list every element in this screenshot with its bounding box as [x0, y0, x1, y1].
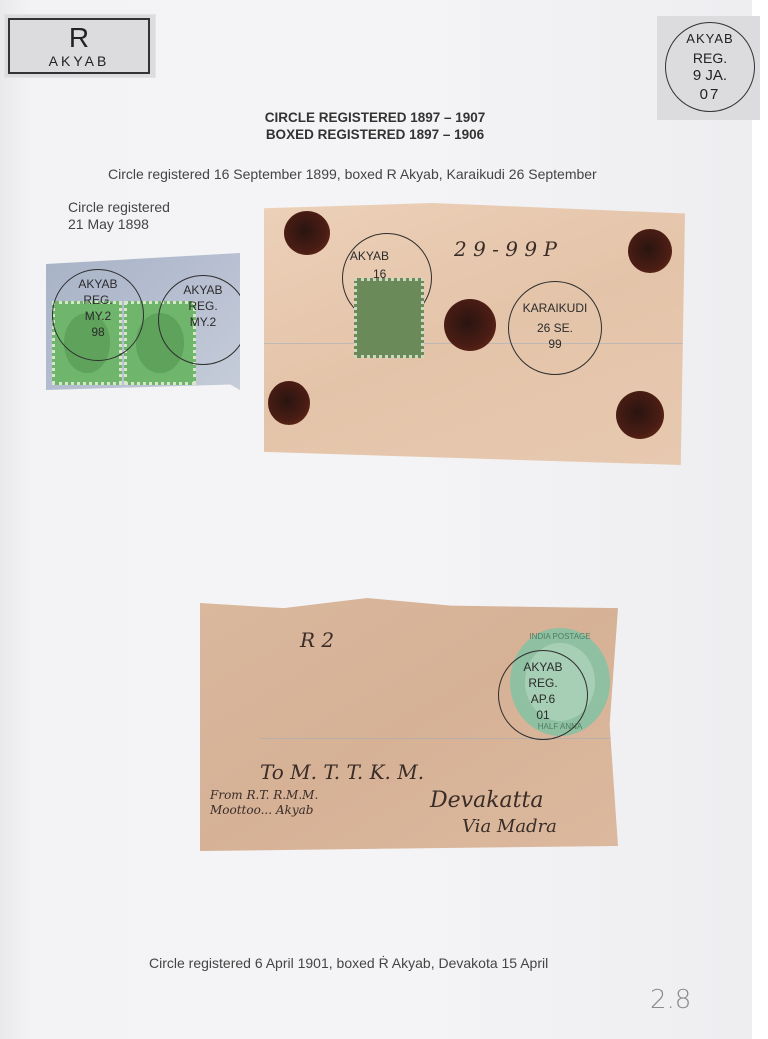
handstamp-letter: R	[10, 24, 148, 52]
title-line1: CIRCLE REGISTERED 1897 – 1907	[200, 109, 550, 126]
postmark-line2: MY.2	[53, 310, 143, 323]
postmark-line2: MY.2	[159, 316, 247, 329]
stamp-pair-piece: AKYAB REG. MY.2 98 AKYAB REG. MY.2	[46, 253, 240, 390]
wax-seal	[444, 299, 496, 351]
cover2-caption: Circle registered 6 April 1901, boxed Ṙ …	[149, 955, 548, 972]
circle-postmark: AKYAB REG. MY.2 98	[52, 269, 144, 361]
page-edge	[752, 0, 768, 1039]
address-via: Via Madra	[462, 816, 557, 837]
address-to: To M. T. T. K. M.	[260, 760, 424, 784]
postmark-ring: AKYAB REG. 9 JA. 07	[665, 22, 755, 112]
registered-envelope-front: INDIA POSTAGE HALF ANNA AKYAB REG. AP.6 …	[200, 598, 618, 851]
postmark-line3: 07	[666, 86, 754, 103]
postmark-line1: 26 SE.	[509, 322, 601, 335]
handstamp-town: AKYAB	[10, 53, 148, 69]
wax-seal	[268, 381, 310, 425]
postmark-line3: 01	[499, 709, 587, 722]
piece-caption: Circle registered 21 May 1898	[68, 199, 170, 233]
piece-caption-line2: 21 May 1898	[68, 216, 170, 233]
postmark-line2: AP.6	[499, 693, 587, 706]
karaikudi-postmark: KARAIKUDI 26 SE. 99	[508, 281, 602, 375]
postmark-town: AKYAB	[159, 284, 247, 297]
wax-seal	[616, 391, 664, 439]
indicium-top-text: INDIA POSTAGE	[510, 630, 610, 643]
cover1-caption: Circle registered 16 September 1899, box…	[108, 166, 597, 183]
green-stamp	[354, 278, 424, 358]
sender-address: From R.T. R.M.M. Moottoo... Akyab	[210, 788, 380, 818]
circle-postmark-2: AKYAB REG. MY.2	[158, 275, 248, 365]
registered-cover-reverse: AKYAB 16 KARAIKUDI 26 SE. 99 2 9 - 9 9 P	[264, 203, 685, 465]
wax-seal	[284, 211, 330, 255]
postmark-line1: REG.	[499, 677, 587, 690]
postmark-town: AKYAB	[53, 278, 143, 291]
postmark-line2: 99	[509, 338, 601, 351]
page-title: CIRCLE REGISTERED 1897 – 1907 BOXED REGI…	[200, 109, 550, 143]
manuscript-note: 2 9 - 9 9 P	[454, 237, 557, 261]
postmark-line3: 98	[53, 326, 143, 339]
postmark-town: KARAIKUDI	[509, 302, 601, 315]
postmark-line1: REG.	[159, 300, 247, 313]
postmark-line1: REG.	[53, 294, 143, 307]
blue-crayon-line	[260, 738, 620, 739]
circle-registered-handstamp: AKYAB REG. 9 JA. 07	[657, 16, 760, 120]
wax-seal	[628, 229, 672, 273]
postmark-line1: REG.	[666, 50, 754, 66]
postmark-town: AKYAB	[499, 661, 587, 674]
page-number: 2.8	[650, 985, 691, 1015]
album-page	[0, 0, 752, 1039]
akyab-reg-postmark: AKYAB REG. AP.6 01	[498, 650, 588, 740]
postmark-town: AKYAB	[666, 31, 754, 46]
handstamp-frame: R AKYAB	[8, 18, 150, 74]
postmark-line2: 9 JA.	[666, 67, 754, 84]
title-line2: BOXED REGISTERED 1897 – 1906	[200, 126, 550, 143]
piece-caption-line1: Circle registered	[68, 199, 170, 216]
address-place: Devakatta	[430, 788, 543, 813]
boxed-r-akyab-handstamp: R AKYAB	[4, 14, 156, 78]
postmark-town: AKYAB	[343, 250, 396, 263]
registration-mark: R 2	[300, 628, 334, 652]
